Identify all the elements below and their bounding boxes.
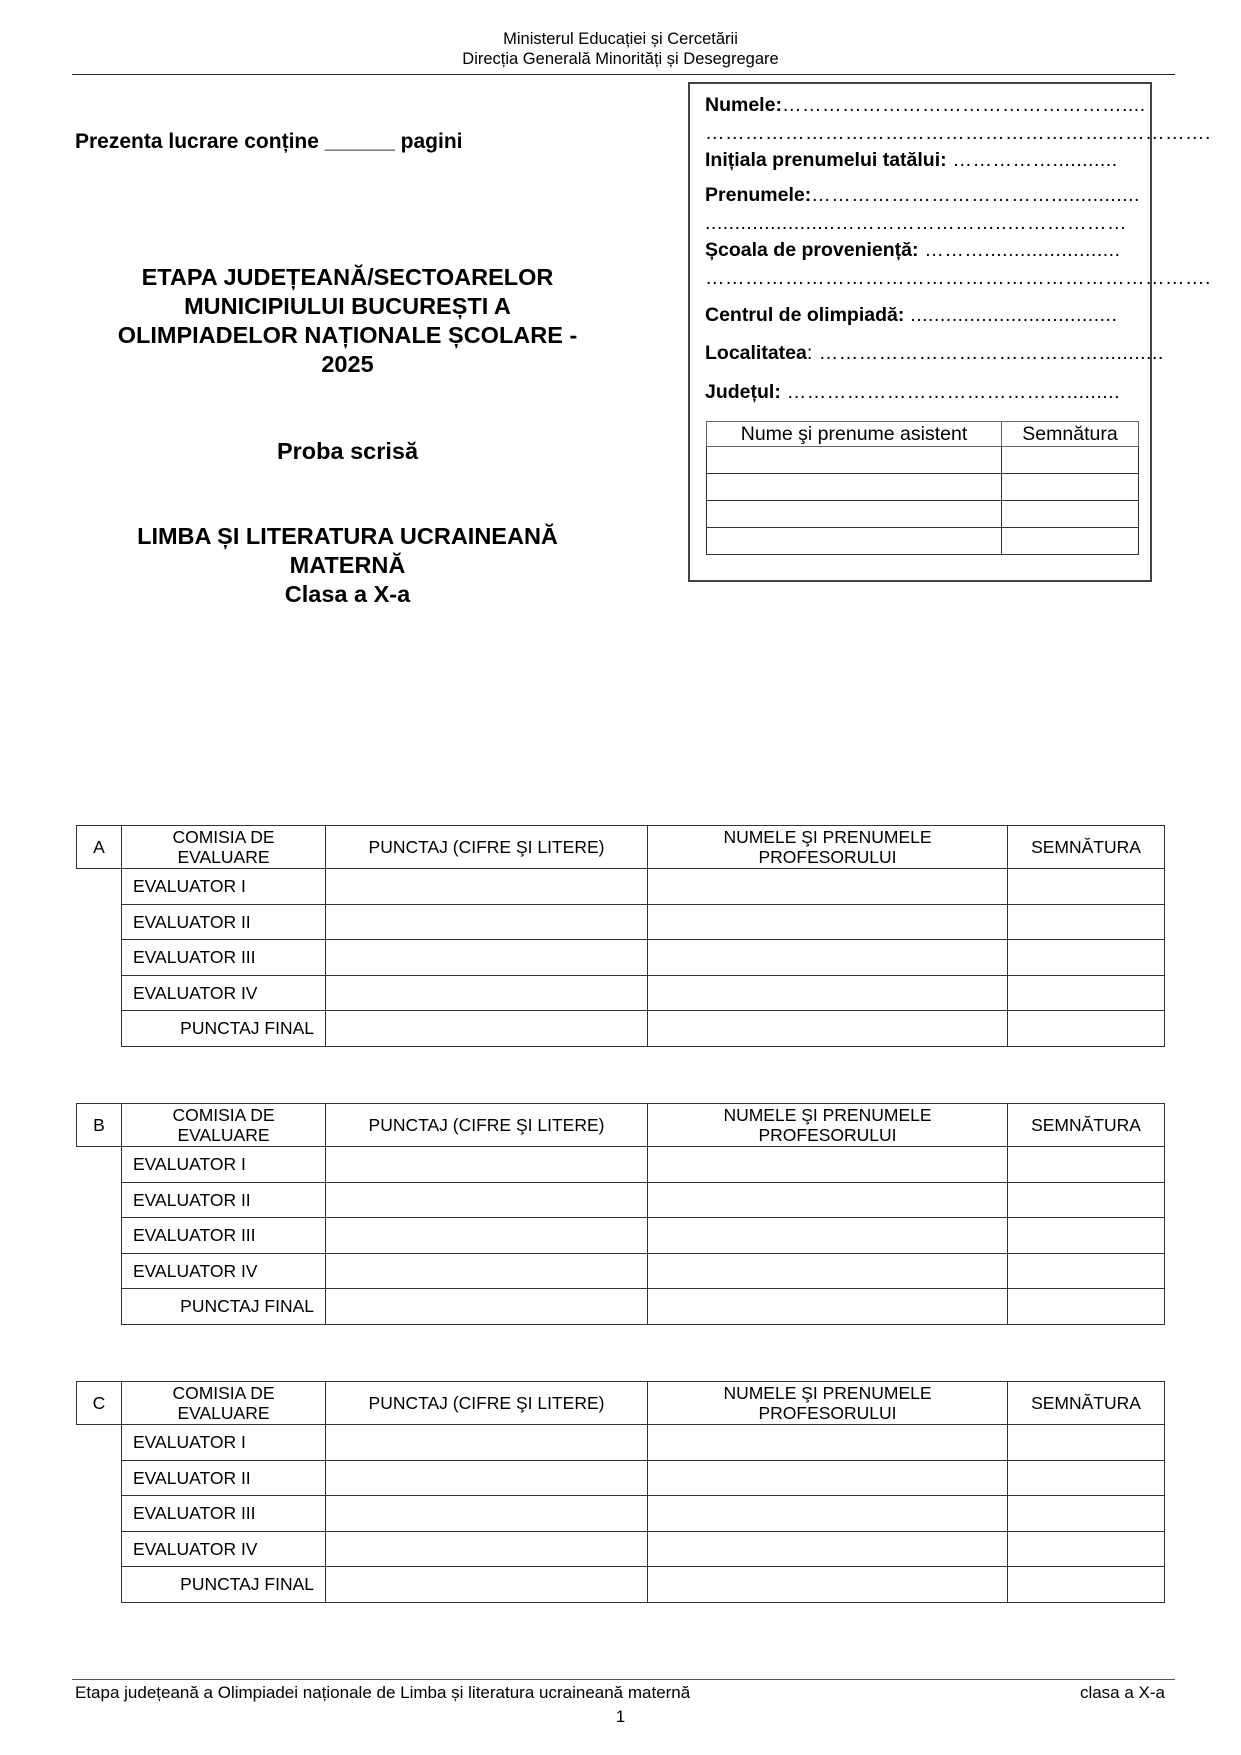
spacer-cell xyxy=(77,1218,122,1254)
evaluator-row: PUNCTAJ FINAL xyxy=(77,1011,1165,1047)
subject-line: LIMBA ȘI LITERATURA UCRAINEANĂ xyxy=(85,522,610,551)
assistant-row xyxy=(707,447,1139,474)
signature-header: SEMNĂTURA xyxy=(1008,1104,1165,1147)
school-field-continuation[interactable]: …………………………………………………………………. xyxy=(705,267,1211,290)
ministry-name: Ministerul Educației și Cercetării xyxy=(0,30,1241,49)
spacer-cell xyxy=(77,1011,122,1047)
score-cell[interactable] xyxy=(326,904,648,940)
first-name-label: Prenumele: xyxy=(705,184,811,206)
teacher-name-cell[interactable] xyxy=(648,975,1008,1011)
olympiad-center-field[interactable]: Centrul de olimpiadă: ..................… xyxy=(705,304,1117,327)
fill-dots: ................................... xyxy=(904,304,1117,326)
score-header: PUNCTAJ (CIFRE ŞI LITERE) xyxy=(326,1382,648,1425)
signature-cell[interactable] xyxy=(1008,1531,1165,1567)
assistant-row xyxy=(707,528,1139,555)
score-cell[interactable] xyxy=(326,1496,648,1532)
commission-header: COMISIA DE EVALUARE xyxy=(122,826,326,869)
assistant-row xyxy=(707,501,1139,528)
evaluator-label: EVALUATOR IV xyxy=(122,975,326,1011)
teacher-name-cell[interactable] xyxy=(648,940,1008,976)
evaluation-table-c: CCOMISIA DE EVALUAREPUNCTAJ (CIFRE ŞI LI… xyxy=(76,1381,1165,1603)
father-initial-field[interactable]: Inițiala prenumelui tatălui: ……………......… xyxy=(705,149,1118,172)
first-name-field-continuation[interactable]: ......................……………………..……………… xyxy=(705,212,1127,235)
signature-cell[interactable] xyxy=(1008,1460,1165,1496)
evaluator-row: EVALUATOR IV xyxy=(77,1253,1165,1289)
spacer-cell xyxy=(77,1289,122,1325)
signature-cell[interactable] xyxy=(1008,1011,1165,1047)
assistant-row xyxy=(707,474,1139,501)
evaluator-row: PUNCTAJ FINAL xyxy=(77,1289,1165,1325)
assistant-name-header: Nume şi prenume asistent xyxy=(707,422,1002,447)
school-label: Școala de proveniență: xyxy=(705,239,918,261)
score-cell[interactable] xyxy=(326,1425,648,1461)
spacer-cell xyxy=(77,1531,122,1567)
county-label: Județul: xyxy=(705,381,781,403)
signature-cell[interactable] xyxy=(1008,940,1165,976)
teacher-name-cell[interactable] xyxy=(648,1567,1008,1603)
school-field[interactable]: Școala de proveniență: ………..............… xyxy=(705,239,1121,262)
teacher-name-cell[interactable] xyxy=(648,1182,1008,1218)
evaluator-row: EVALUATOR II xyxy=(77,1460,1165,1496)
signature-cell[interactable] xyxy=(1008,1567,1165,1603)
page-number: 1 xyxy=(0,1707,1241,1727)
evaluator-row: EVALUATOR II xyxy=(77,904,1165,940)
evaluator-row: EVALUATOR II xyxy=(77,1182,1165,1218)
olympiad-center-label: Centrul de olimpiadă: xyxy=(705,304,904,326)
signature-cell[interactable] xyxy=(1008,1425,1165,1461)
spacer-cell xyxy=(77,1425,122,1461)
assistant-signature-cell[interactable] xyxy=(1002,447,1139,474)
score-cell[interactable] xyxy=(326,1182,648,1218)
assistant-name-cell[interactable] xyxy=(707,447,1002,474)
directorate-name: Direcția Generală Minorități și Desegreg… xyxy=(0,50,1241,69)
first-name-field[interactable]: Prenumele:………………………………............... xyxy=(705,184,1140,207)
evaluator-row: EVALUATOR III xyxy=(77,940,1165,976)
subject-line: MATERNĂ xyxy=(85,551,610,580)
teacher-name-cell[interactable] xyxy=(648,869,1008,905)
assistant-table: Nume şi prenume asistent Semnătura xyxy=(706,421,1139,555)
footer-divider xyxy=(72,1679,1175,1680)
score-cell[interactable] xyxy=(326,1460,648,1496)
spacer-cell xyxy=(77,869,122,905)
teacher-name-header: NUMELE ŞI PRENUMELE PROFESORULUI xyxy=(648,1382,1008,1425)
evaluation-table-a: ACOMISIA DE EVALUAREPUNCTAJ (CIFRE ŞI LI… xyxy=(76,825,1165,1047)
evaluator-row: EVALUATOR IV xyxy=(77,975,1165,1011)
signature-cell[interactable] xyxy=(1008,904,1165,940)
evaluator-label: EVALUATOR III xyxy=(122,1218,326,1254)
score-cell[interactable] xyxy=(326,1011,648,1047)
teacher-name-cell[interactable] xyxy=(648,904,1008,940)
teacher-name-cell[interactable] xyxy=(648,1289,1008,1325)
evaluator-label: EVALUATOR II xyxy=(122,904,326,940)
page-count-line: Prezenta lucrare conține ______ pagini xyxy=(75,130,463,154)
signature-cell[interactable] xyxy=(1008,869,1165,905)
evaluator-row: EVALUATOR I xyxy=(77,869,1165,905)
teacher-name-header: NUMELE ŞI PRENUMELE PROFESORULUI xyxy=(648,1104,1008,1147)
signature-cell[interactable] xyxy=(1008,975,1165,1011)
evaluator-label: EVALUATOR I xyxy=(122,1147,326,1183)
final-score-label: PUNCTAJ FINAL xyxy=(122,1289,326,1325)
fill-dots: …………………………………………….... xyxy=(782,94,1146,116)
score-cell[interactable] xyxy=(326,1253,648,1289)
assistant-name-cell[interactable] xyxy=(707,528,1002,555)
evaluator-row: EVALUATOR III xyxy=(77,1218,1165,1254)
score-header: PUNCTAJ (CIFRE ŞI LITERE) xyxy=(326,1104,648,1147)
evaluator-label: EVALUATOR III xyxy=(122,1496,326,1532)
score-cell[interactable] xyxy=(326,975,648,1011)
table-letter: B xyxy=(77,1104,122,1147)
evaluator-label: EVALUATOR IV xyxy=(122,1531,326,1567)
teacher-name-header: NUMELE ŞI PRENUMELE PROFESORULUI xyxy=(648,826,1008,869)
title-line: ETAPA JUDEȚEANĂ/SECTOARELOR xyxy=(85,263,610,292)
spacer-cell xyxy=(77,940,122,976)
fill-dots: ……………........... xyxy=(947,149,1118,171)
assistant-name-cell[interactable] xyxy=(707,474,1002,501)
teacher-name-cell[interactable] xyxy=(648,1425,1008,1461)
assistant-signature-cell[interactable] xyxy=(1002,501,1139,528)
score-cell[interactable] xyxy=(326,1218,648,1254)
score-cell[interactable] xyxy=(326,869,648,905)
spacer-cell xyxy=(77,975,122,1011)
locality-label: Localitatea xyxy=(705,342,807,364)
evaluator-row: EVALUATOR I xyxy=(77,1147,1165,1183)
spacer-cell xyxy=(77,1147,122,1183)
father-initial-label: Inițiala prenumelui tatălui: xyxy=(705,149,947,171)
evaluator-label: EVALUATOR I xyxy=(122,869,326,905)
spacer-cell xyxy=(77,1460,122,1496)
teacher-name-cell[interactable] xyxy=(648,1218,1008,1254)
spacer-cell xyxy=(77,1567,122,1603)
footer-class-level: clasa a X-a xyxy=(1080,1683,1165,1703)
evaluator-row: EVALUATOR I xyxy=(77,1425,1165,1461)
final-score-label: PUNCTAJ FINAL xyxy=(122,1011,326,1047)
evaluator-label: EVALUATOR I xyxy=(122,1425,326,1461)
locality-field[interactable]: Localitatea: ……………………………………........... xyxy=(705,342,1164,365)
evaluation-table-b: BCOMISIA DE EVALUAREPUNCTAJ (CIFRE ŞI LI… xyxy=(76,1103,1165,1325)
table-letter: A xyxy=(77,826,122,869)
signature-cell[interactable] xyxy=(1008,1496,1165,1532)
evaluator-label: EVALUATOR IV xyxy=(122,1253,326,1289)
score-header: PUNCTAJ (CIFRE ŞI LITERE) xyxy=(326,826,648,869)
evaluator-row: PUNCTAJ FINAL xyxy=(77,1567,1165,1603)
assistant-signature-cell[interactable] xyxy=(1002,528,1139,555)
title-line: 2025 xyxy=(85,350,610,379)
teacher-name-cell[interactable] xyxy=(648,1147,1008,1183)
score-cell[interactable] xyxy=(326,1531,648,1567)
spacer-cell xyxy=(77,1182,122,1218)
subject-title: LIMBA ȘI LITERATURA UCRAINEANĂ MATERNĂ C… xyxy=(85,522,610,609)
signature-cell[interactable] xyxy=(1008,1182,1165,1218)
student-id-box: Numele:…………………………………………….... ……………………………… xyxy=(688,82,1152,582)
county-field[interactable]: Județul: ……………………………………......... xyxy=(705,381,1120,404)
signature-cell[interactable] xyxy=(1008,1253,1165,1289)
surname-label: Numele: xyxy=(705,94,782,116)
signature-cell[interactable] xyxy=(1008,1218,1165,1254)
teacher-name-cell[interactable] xyxy=(648,1253,1008,1289)
footer-exam-description: Etapa județeană a Olimpiadei naționale d… xyxy=(75,1683,690,1703)
fill-dots: : ……………………………………........... xyxy=(807,342,1164,364)
score-cell[interactable] xyxy=(326,1147,648,1183)
teacher-name-cell[interactable] xyxy=(648,1460,1008,1496)
competition-title: ETAPA JUDEȚEANĂ/SECTOARELOR MUNICIPIULUI… xyxy=(85,263,610,379)
score-cell[interactable] xyxy=(326,940,648,976)
class-level: Clasa a X-a xyxy=(85,580,610,609)
teacher-name-cell[interactable] xyxy=(648,1011,1008,1047)
spacer-cell xyxy=(77,1496,122,1532)
title-line: OLIMPIADELOR NAȚIONALE ȘCOLARE - xyxy=(85,321,610,350)
teacher-name-cell[interactable] xyxy=(648,1496,1008,1532)
teacher-name-cell[interactable] xyxy=(648,1531,1008,1567)
fill-dots: ……………………………………......... xyxy=(781,381,1120,403)
fill-dots: ………………………………............... xyxy=(811,184,1140,206)
spacer-cell xyxy=(77,904,122,940)
surname-field[interactable]: Numele:…………………………………………….... xyxy=(705,94,1146,117)
commission-header: COMISIA DE EVALUARE xyxy=(122,1382,326,1425)
evaluator-label: EVALUATOR II xyxy=(122,1182,326,1218)
header-divider xyxy=(72,74,1175,75)
signature-cell[interactable] xyxy=(1008,1289,1165,1325)
assistant-signature-cell[interactable] xyxy=(1002,474,1139,501)
table-letter: C xyxy=(77,1382,122,1425)
evaluator-row: EVALUATOR IV xyxy=(77,1531,1165,1567)
score-cell[interactable] xyxy=(326,1289,648,1325)
evaluator-label: EVALUATOR II xyxy=(122,1460,326,1496)
title-line: MUNICIPIULUI BUCUREȘTI A xyxy=(85,292,610,321)
fill-dots: ………....................... xyxy=(918,239,1120,261)
exam-type: Proba scrisă xyxy=(85,437,610,466)
signature-cell[interactable] xyxy=(1008,1147,1165,1183)
commission-header: COMISIA DE EVALUARE xyxy=(122,1104,326,1147)
surname-field-continuation[interactable]: …………………………………………………………………. xyxy=(705,122,1211,145)
evaluator-label: EVALUATOR III xyxy=(122,940,326,976)
assistant-name-cell[interactable] xyxy=(707,501,1002,528)
final-score-label: PUNCTAJ FINAL xyxy=(122,1567,326,1603)
signature-header: SEMNĂTURA xyxy=(1008,826,1165,869)
evaluator-row: EVALUATOR III xyxy=(77,1496,1165,1532)
assistant-signature-header: Semnătura xyxy=(1002,422,1139,447)
signature-header: SEMNĂTURA xyxy=(1008,1382,1165,1425)
score-cell[interactable] xyxy=(326,1567,648,1603)
spacer-cell xyxy=(77,1253,122,1289)
